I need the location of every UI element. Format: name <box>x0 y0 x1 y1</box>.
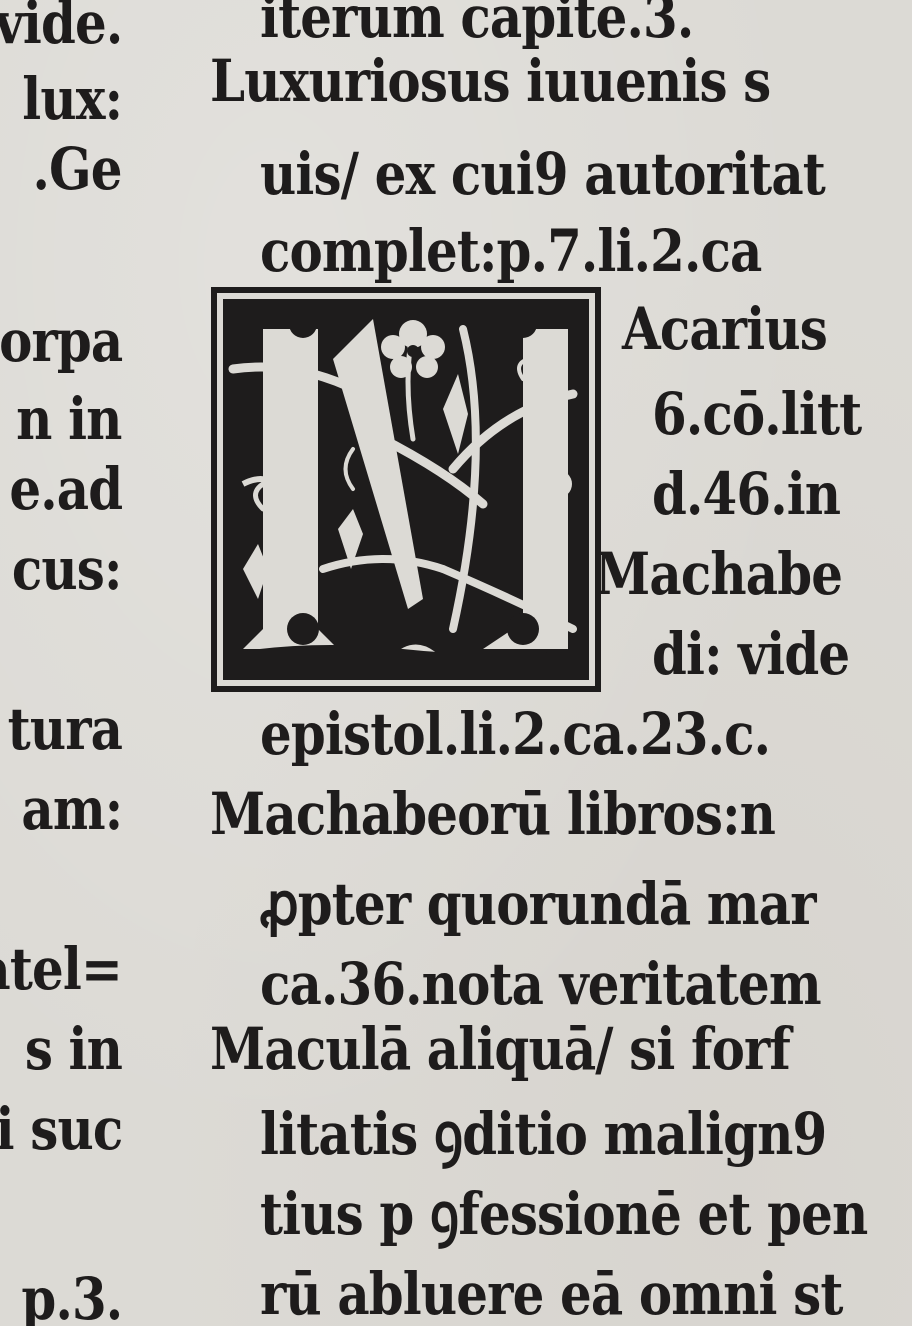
left-column-line: .Ge <box>33 140 122 198</box>
right-column-line: litatis ꝯditio malign9 <box>260 1105 826 1163</box>
right-column-line: Acarius <box>622 300 827 358</box>
right-column-line: di: vide <box>652 625 849 683</box>
left-column-line: cus: <box>12 540 122 598</box>
left-column-line: atel= <box>0 940 122 998</box>
right-column-line: Machabeorū libros:n <box>210 785 775 843</box>
right-column-line: d.46.in <box>652 465 840 523</box>
right-column-line: Maculā aliquā/ si forf <box>210 1020 790 1078</box>
right-column-line: iterum capite.3. <box>260 0 693 46</box>
woodcut-ground <box>223 299 589 680</box>
right-column-line: ca.36.nota veritatem <box>260 955 821 1013</box>
right-column-line: rū abluere eā omni st <box>260 1265 843 1323</box>
right-column-line: complet:p.7.li.2.ca <box>260 222 761 280</box>
right-column-line: ꝓpter quorundā mar <box>260 875 816 933</box>
right-column-line: uis/ ex cui9 autoritat <box>260 145 825 203</box>
right-column-line: tius p ꝯfessionē et pen <box>260 1185 867 1243</box>
left-column-line: vide. <box>0 0 122 52</box>
left-column-line: orpa <box>0 312 122 370</box>
left-column-line: s in <box>25 1020 122 1078</box>
left-column-line: am: <box>21 780 122 838</box>
initial-m-icon <box>223 299 589 680</box>
woodcut-initial-m <box>211 287 601 692</box>
left-column-line: i suc <box>0 1100 122 1158</box>
left-column-line: tura <box>8 700 122 758</box>
right-column-line: Machabe <box>595 545 842 603</box>
left-column-line: e.ad <box>9 460 122 518</box>
left-column-line: p.3. <box>21 1270 122 1326</box>
right-column-line: 6.cō.litt <box>652 385 861 443</box>
left-column-line: lux: <box>22 70 122 128</box>
right-column-line: Luxuriosus iuuenis s <box>210 52 770 110</box>
left-column: vide.lux:.Georpan ine.adcus:turaam:atel=… <box>0 0 130 1326</box>
right-column-line: epistol.li.2.ca.23.c. <box>260 705 770 763</box>
left-column-line: n in <box>17 390 122 448</box>
